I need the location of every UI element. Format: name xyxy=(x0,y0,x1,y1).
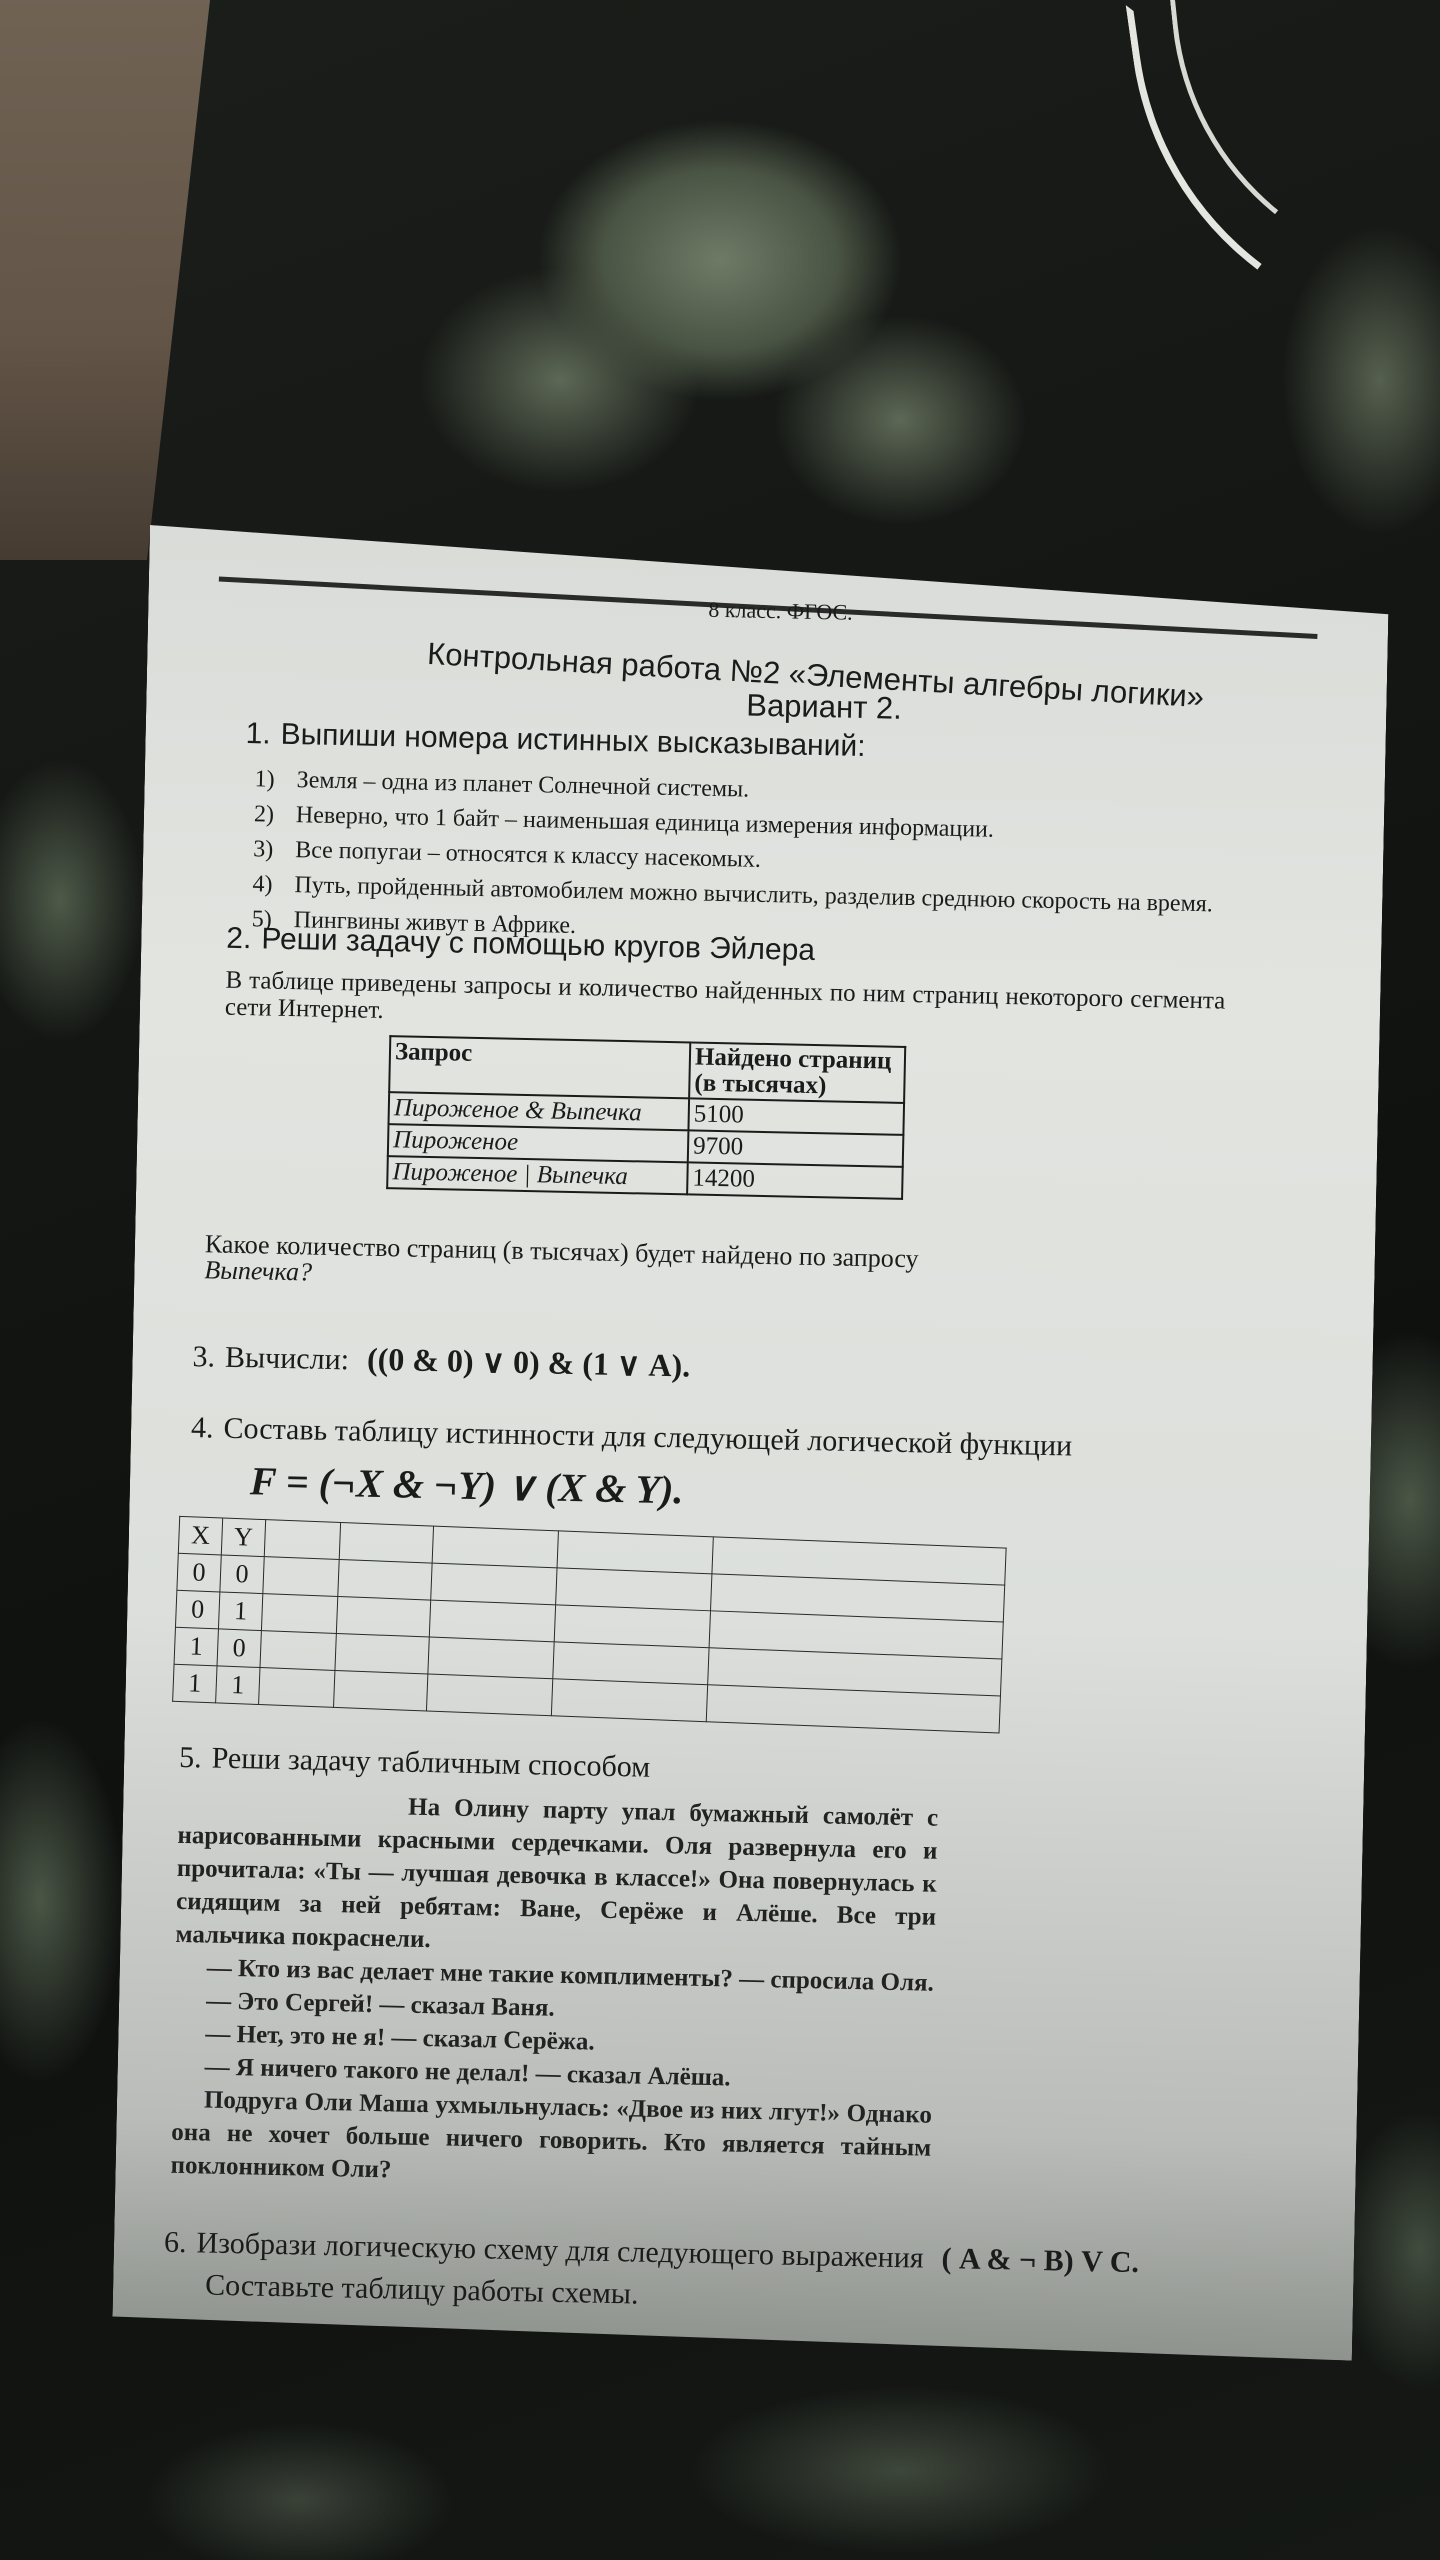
empty-cell xyxy=(431,1563,557,1605)
task-4-heading: 4.Составь таблицу истинности для следующ… xyxy=(191,1411,1073,1463)
task-text: Вычисли: xyxy=(225,1341,350,1377)
empty-cell xyxy=(429,1600,555,1642)
empty-cell xyxy=(428,1637,554,1679)
task-number: 6. xyxy=(164,2226,187,2259)
pages-cell: 5100 xyxy=(688,1098,904,1134)
statement-number: 1) xyxy=(254,762,297,798)
empty-cell xyxy=(261,1594,337,1634)
truth-table: X Y 0 0 0 1 1 0 xyxy=(172,1516,1007,1734)
story-paragraph: Подруга Оли Маша ухмыльнулась: «Двое из … xyxy=(170,2083,932,2198)
empty-cell xyxy=(259,1668,335,1708)
statement-number: 2) xyxy=(254,797,297,833)
empty-cell xyxy=(334,1670,428,1711)
empty-cell xyxy=(557,1531,713,1574)
task-2-intro: В таблице приведены запросы и количество… xyxy=(225,967,1226,1042)
empty-cell xyxy=(335,1633,429,1674)
statement-text: Земля – одна из планет Солнечной системы… xyxy=(296,767,749,802)
x-value: 1 xyxy=(174,1627,218,1666)
column-header-query: Запрос xyxy=(389,1036,690,1098)
logic-formula: F = (¬X & ¬Y) ∨ (X & Y). xyxy=(250,1457,684,1513)
empty-cell xyxy=(551,1679,707,1722)
empty-cell xyxy=(339,1523,433,1564)
statement-text: Все попугаи – относятся к классу насеком… xyxy=(295,837,761,873)
story-paragraph: На Олину парту упал бумажный самолёт с н… xyxy=(175,1786,938,1967)
header-x: X xyxy=(178,1516,222,1555)
logic-puzzle-story: На Олину парту упал бумажный самолёт с н… xyxy=(170,1786,938,2198)
variant-label: Вариант 2. xyxy=(746,688,902,727)
empty-cell xyxy=(426,1674,552,1716)
task-3: 3.Вычисли:((0 & 0) ∨ 0) & (1 ∨ A). xyxy=(192,1336,690,1384)
task-5-heading: 5.Реши задачу табличным способом xyxy=(179,1741,651,1785)
task-text: Реши задачу табличным способом xyxy=(211,1742,650,1784)
empty-cell xyxy=(260,1631,336,1671)
task-number: 2. xyxy=(226,922,252,956)
logic-expression: ( A & ¬ B) V C. xyxy=(941,2242,1139,2279)
empty-cell xyxy=(336,1596,430,1637)
empty-cell xyxy=(432,1526,558,1568)
x-value: 0 xyxy=(175,1590,219,1629)
task-6: 6.Изобрази логическую схему для следующе… xyxy=(163,2226,1140,2322)
y-value: 0 xyxy=(220,1555,264,1594)
pages-cell: 9700 xyxy=(688,1130,904,1166)
task-2-question: Какое количество страниц (в тысячах) буд… xyxy=(204,1231,1205,1304)
empty-cell xyxy=(264,1520,340,1560)
y-value: 1 xyxy=(218,1592,262,1631)
x-value: 1 xyxy=(173,1664,217,1703)
query-table: Запрос Найдено страниц (в тысячах) Пирож… xyxy=(386,1035,906,1200)
empty-cell xyxy=(553,1642,709,1685)
y-value: 1 xyxy=(216,1666,260,1705)
task-number: 4. xyxy=(191,1411,214,1444)
task-text: Выпиши номера истинных высказываний: xyxy=(280,718,866,763)
empty-cell xyxy=(338,1560,432,1601)
statement-number: 4) xyxy=(252,867,295,903)
header-y: Y xyxy=(221,1518,265,1557)
column-header-pages: Найдено страниц (в тысячах) xyxy=(689,1042,905,1102)
empty-cell xyxy=(554,1605,710,1648)
logic-expression: ((0 & 0) ∨ 0) & (1 ∨ A). xyxy=(367,1341,691,1384)
test-sheet: 8 класс. ФГОС. Контрольная работа №2 «Эл… xyxy=(112,525,1390,2361)
task-text: Изобрази логическую схему для следующего… xyxy=(196,2226,924,2274)
y-value: 0 xyxy=(217,1629,261,1668)
task-text: Составь таблицу истинности для следующей… xyxy=(223,1412,1072,1463)
task-number: 3. xyxy=(192,1340,215,1373)
empty-cell xyxy=(556,1568,712,1611)
statement-number: 3) xyxy=(253,832,296,868)
task-number: 5. xyxy=(179,1741,202,1774)
x-value: 0 xyxy=(177,1553,221,1592)
query-cell: Пироженое | Выпечка xyxy=(387,1156,688,1194)
task-number: 1. xyxy=(245,717,271,751)
task-text-line2: Составьте таблицу работы схемы. xyxy=(205,2269,1139,2323)
pages-cell: 14200 xyxy=(687,1162,903,1198)
empty-cell xyxy=(263,1557,339,1597)
grade-header: 8 класс. ФГОС. xyxy=(708,597,853,626)
